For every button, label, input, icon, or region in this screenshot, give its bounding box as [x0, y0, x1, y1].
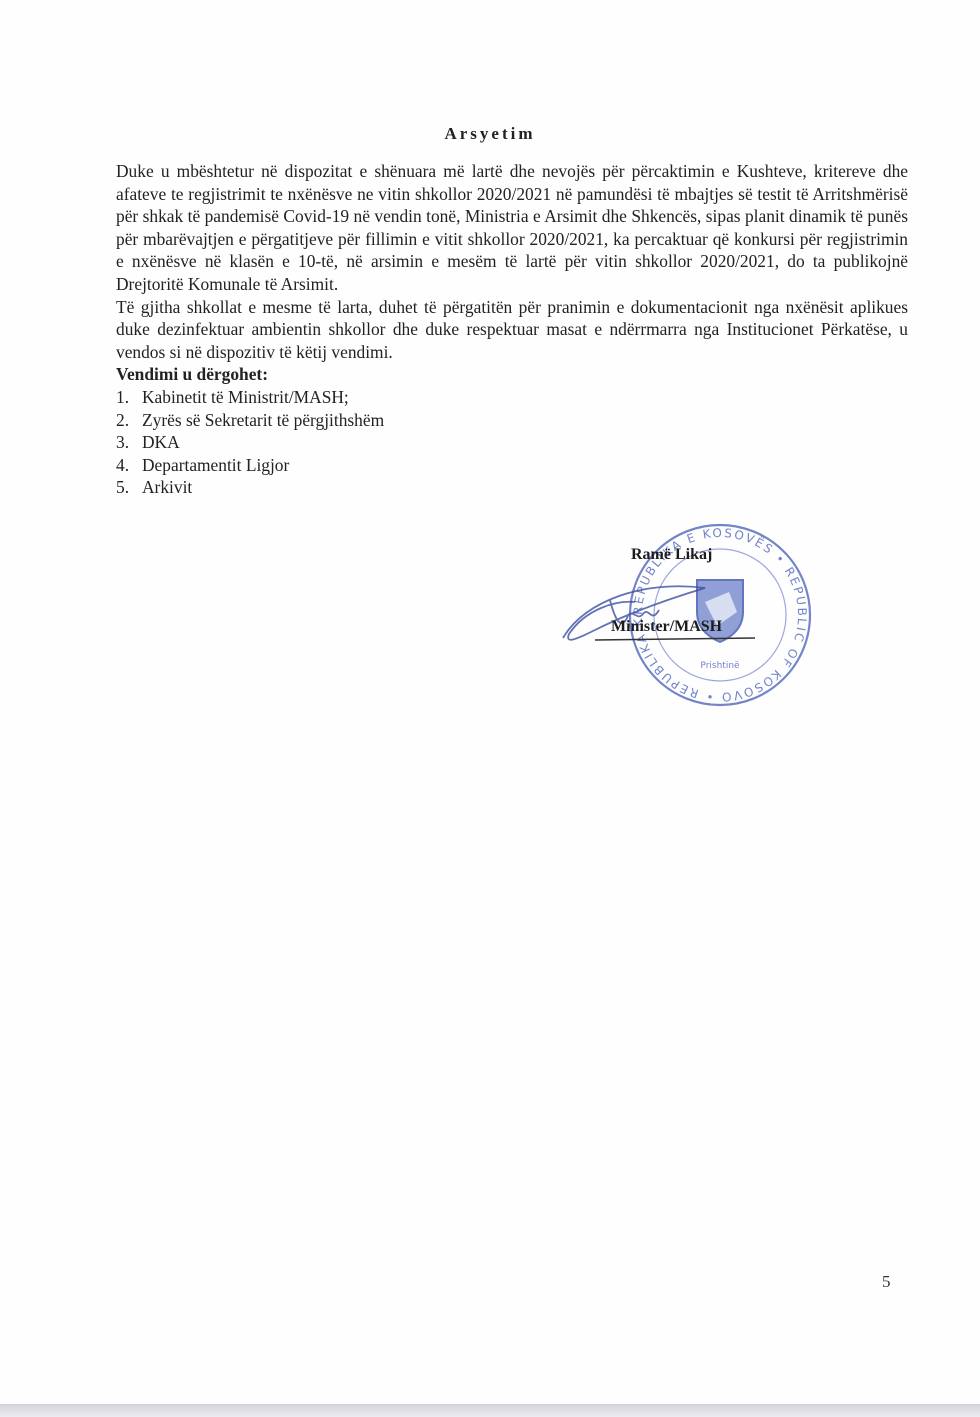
handwritten-signature-icon	[555, 560, 755, 660]
signatory-name: Ramë Likaj	[631, 546, 712, 564]
recipients-list: 1.Kabinetit të Ministrit/MASH; 2.Zyrës s…	[116, 386, 908, 499]
list-item: 4.Departamentit Ligjor	[116, 454, 908, 477]
paragraph-reasoning: Duke u mbështetur në dispozitat e shënua…	[116, 160, 908, 296]
list-item: 2.Zyrës së Sekretarit të përgjithshëm	[116, 409, 908, 432]
document-body: Duke u mbështetur në dispozitat e shënua…	[116, 160, 908, 499]
list-item: 3.DKA	[116, 431, 908, 454]
svg-text:Prishtinë: Prishtinë	[700, 661, 740, 671]
viewer-bottom-edge	[0, 1404, 980, 1417]
paragraph-schools: Të gjitha shkollat e mesme të larta, duh…	[116, 296, 908, 364]
document-page: Arsyetim Duke u mbështetur në dispozitat…	[0, 0, 980, 1405]
document-title: Arsyetim	[0, 124, 980, 144]
list-item: 1.Kabinetit të Ministrit/MASH;	[116, 386, 908, 409]
signature-block: REPUBLIKA E KOSOVËS • REPUBLIC OF KOSOVO…	[555, 520, 830, 710]
list-item: 5.Arkivit	[116, 476, 908, 499]
recipients-heading: Vendimi u dërgohet:	[116, 363, 908, 386]
signatory-role: Minister/MASH	[611, 618, 722, 636]
page-number: 5	[882, 1272, 891, 1292]
